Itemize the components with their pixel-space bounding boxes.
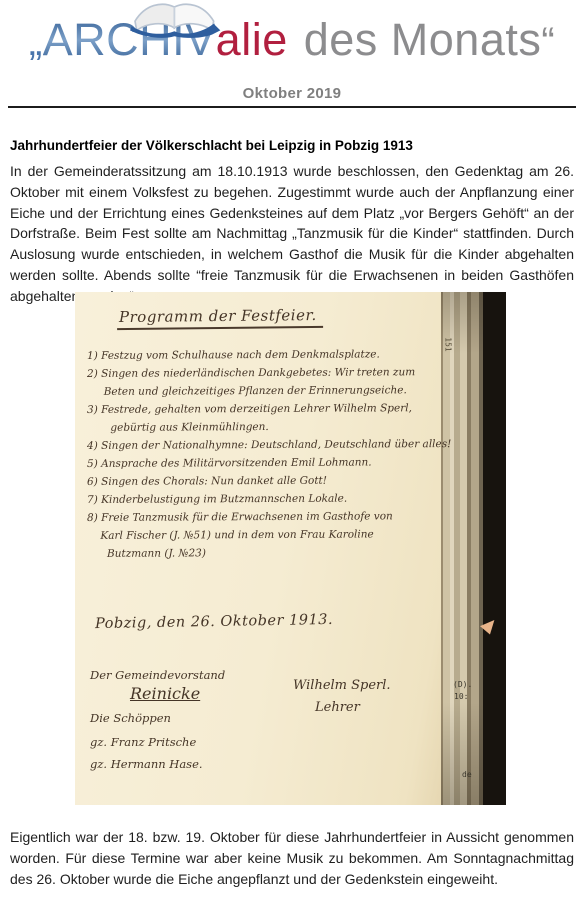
- header-divider: [8, 106, 576, 108]
- issue-date: Oktober 2019: [0, 85, 584, 102]
- logo-text-des-monats: des Monats: [304, 14, 542, 66]
- page-edge-fragments: 151(D).10:de: [75, 292, 506, 805]
- page-edge-fragment: (D).: [453, 680, 472, 689]
- article-title: Jahrhundertfeier der Völkerschlacht bei …: [10, 138, 574, 153]
- logo: „ARCHIV aliedes Monats“: [0, 14, 584, 78]
- manuscript-photo: Programm der Festfeier. 1) Festzug vom S…: [75, 292, 506, 805]
- page-edge-fragment: 151: [444, 337, 453, 351]
- logo-close-quote: “: [541, 20, 555, 65]
- newsletter-page: „ARCHIV aliedes Monats“ Oktober 2019 Jah…: [0, 0, 584, 899]
- open-book-icon: [130, 0, 222, 38]
- logo-alie-wrap: alie: [216, 14, 288, 66]
- article-paragraph-2: Eigentlich war der 18. bzw. 19. Oktober …: [10, 827, 574, 889]
- page-edge-fragment: 10:: [454, 692, 468, 701]
- page-edge-fragment: de: [462, 770, 472, 779]
- logo-open-quote: „: [29, 20, 43, 65]
- manuscript-handwriting: Programm der Festfeier. 1) Festzug vom S…: [75, 292, 506, 805]
- article-paragraph-1: In der Gemeinderatssitzung am 18.10.1913…: [10, 161, 574, 307]
- logo-text-alie: alie: [216, 14, 288, 65]
